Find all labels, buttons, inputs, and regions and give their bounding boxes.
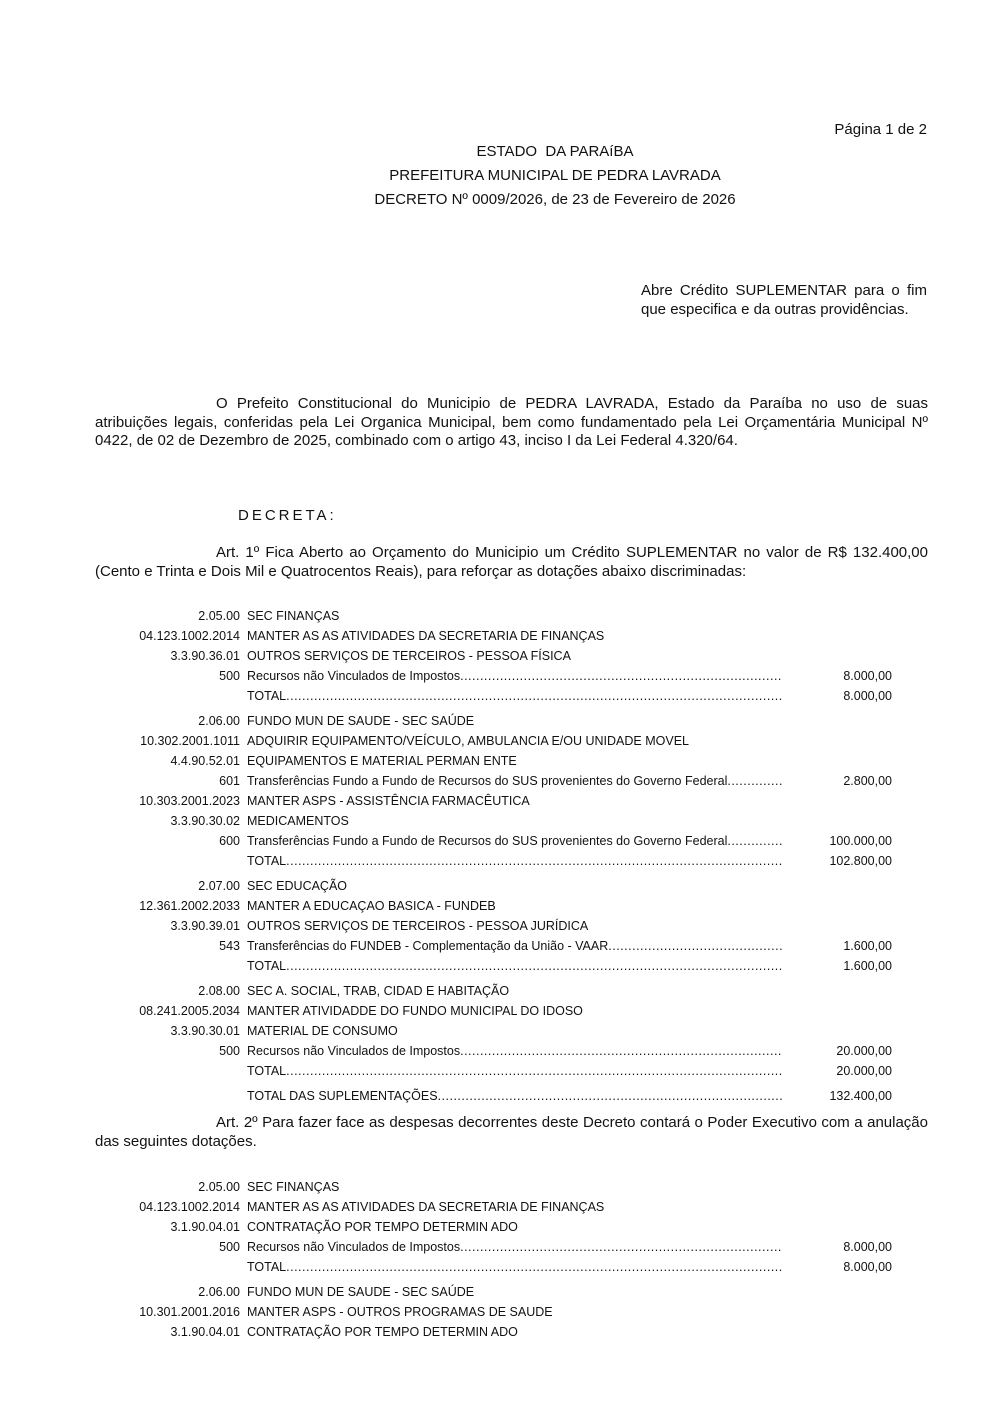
ledger-row: 3.1.90.04.01CONTRATAÇÃO POR TEMPO DETERM… bbox=[0, 1217, 1000, 1237]
decreta-heading: DECRETA: bbox=[238, 507, 337, 524]
dot-leader bbox=[286, 1061, 783, 1081]
dot-leader bbox=[727, 831, 783, 851]
dot-leader bbox=[286, 956, 783, 976]
budget-code: 500 bbox=[219, 1237, 240, 1257]
line-description: SEC EDUCAÇÃO bbox=[247, 876, 347, 896]
amount: 1.600,00 bbox=[843, 956, 892, 976]
ledger-value-row: 500Recursos não Vinculados de Impostos8.… bbox=[0, 1237, 1000, 1257]
budget-code: 2.08.00 bbox=[198, 981, 240, 1001]
ledger-value-row: TOTAL 102.800,00 bbox=[0, 851, 1000, 871]
line-description: Recursos não Vinculados de Impostos bbox=[247, 666, 783, 686]
document-header: ESTADO DA PARAíBA PREFEITURA MUNICIPAL D… bbox=[0, 140, 1000, 212]
ledger-row: 3.1.90.04.01CONTRATAÇÃO POR TEMPO DETERM… bbox=[0, 1322, 1000, 1342]
line-description: TOTAL DAS SUPLEMENTAÇÕES bbox=[247, 1086, 783, 1106]
budget-code: 3.1.90.04.01 bbox=[170, 1217, 240, 1237]
page-indicator: Página 1 de 2 bbox=[834, 121, 927, 138]
line-description: Recursos não Vinculados de Impostos bbox=[247, 1237, 783, 1257]
line-description: Transferências Fundo a Fundo de Recursos… bbox=[247, 771, 783, 791]
budget-code: 500 bbox=[219, 1041, 240, 1061]
amount: 100.000,00 bbox=[829, 831, 892, 851]
decree-summary: Abre Crédito SUPLEMENTAR para o fim que … bbox=[641, 282, 927, 319]
article-1: Art. 1º Fica Aberto ao Orçamento do Muni… bbox=[95, 544, 928, 581]
ledger-row: 10.301.2001.2016MANTER ASPS - OUTROS PRO… bbox=[0, 1302, 1000, 1322]
municipality-name: PREFEITURA MUNICIPAL DE PEDRA LAVRADA bbox=[0, 164, 1000, 188]
ledger-row: 2.06.00FUNDO MUN DE SAUDE - SEC SAÚDE bbox=[0, 1282, 1000, 1302]
budget-code: 2.07.00 bbox=[198, 876, 240, 896]
line-description: TOTAL bbox=[247, 1257, 783, 1277]
line-description: OUTROS SERVIÇOS DE TERCEIROS - PESSOA JU… bbox=[247, 916, 588, 936]
dot-leader bbox=[286, 686, 783, 706]
budget-code: 2.05.00 bbox=[198, 606, 240, 626]
supplement-ledger: 2.05.00SEC FINANÇAS04.123.1002.2014MANTE… bbox=[0, 606, 1000, 1106]
line-description: MANTER AS AS ATIVIDADES DA SECRETARIA DE… bbox=[247, 626, 604, 646]
amount: 8.000,00 bbox=[843, 1257, 892, 1277]
ledger-row: 2.08.00SEC A. SOCIAL, TRAB, CIDAD E HABI… bbox=[0, 981, 1000, 1001]
dot-leader bbox=[286, 1257, 783, 1277]
budget-code: 10.302.2001.1011 bbox=[140, 731, 240, 751]
line-description: EQUIPAMENTOS E MATERIAL PERMAN ENTE bbox=[247, 751, 517, 771]
line-description: TOTAL bbox=[247, 686, 783, 706]
budget-code: 500 bbox=[219, 666, 240, 686]
line-description: MANTER A EDUCAÇAO BASICA - FUNDEB bbox=[247, 896, 496, 916]
amount: 102.800,00 bbox=[829, 851, 892, 871]
ledger-value-row: TOTAL 1.600,00 bbox=[0, 956, 1000, 976]
budget-code: 600 bbox=[219, 831, 240, 851]
ledger-value-row: 600Transferências Fundo a Fundo de Recur… bbox=[0, 831, 1000, 851]
line-description: TOTAL bbox=[247, 956, 783, 976]
amount: 132.400,00 bbox=[829, 1086, 892, 1106]
ledger-row: 10.302.2001.1011ADQUIRIR EQUIPAMENTO/VEÍ… bbox=[0, 731, 1000, 751]
amount: 1.600,00 bbox=[843, 936, 892, 956]
annulment-ledger: 2.05.00SEC FINANÇAS04.123.1002.2014MANTE… bbox=[0, 1177, 1000, 1342]
ledger-row: 12.361.2002.2033MANTER A EDUCAÇAO BASICA… bbox=[0, 896, 1000, 916]
ledger-row: 3.3.90.30.02MEDICAMENTOS bbox=[0, 811, 1000, 831]
line-description: FUNDO MUN DE SAUDE - SEC SAÚDE bbox=[247, 711, 474, 731]
ledger-row: 08.241.2005.2034MANTER ATIVIDADDE DO FUN… bbox=[0, 1001, 1000, 1021]
dot-leader bbox=[727, 771, 783, 791]
line-description: MANTER AS AS ATIVIDADES DA SECRETARIA DE… bbox=[247, 1197, 604, 1217]
budget-code: 3.3.90.30.01 bbox=[170, 1021, 240, 1041]
amount: 8.000,00 bbox=[843, 1237, 892, 1257]
dot-leader bbox=[460, 1041, 783, 1061]
line-description: SEC FINANÇAS bbox=[247, 1177, 339, 1197]
ledger-row: 2.06.00FUNDO MUN DE SAUDE - SEC SAÚDE bbox=[0, 711, 1000, 731]
budget-code: 543 bbox=[219, 936, 240, 956]
budget-code: 2.05.00 bbox=[198, 1177, 240, 1197]
ledger-row: 2.07.00SEC EDUCAÇÃO bbox=[0, 876, 1000, 896]
ledger-value-row: 500Recursos não Vinculados de Impostos20… bbox=[0, 1041, 1000, 1061]
ledger-value-row: TOTAL 8.000,00 bbox=[0, 1257, 1000, 1277]
dot-leader bbox=[286, 851, 783, 871]
ledger-row: 10.303.2001.2023MANTER ASPS - ASSISTÊNCI… bbox=[0, 791, 1000, 811]
line-description: MATERIAL DE CONSUMO bbox=[247, 1021, 398, 1041]
preamble-paragraph: O Prefeito Constitucional do Municipio d… bbox=[95, 395, 928, 451]
line-description: TOTAL bbox=[247, 851, 783, 871]
amount: 8.000,00 bbox=[843, 666, 892, 686]
line-description: MANTER ASPS - OUTROS PROGRAMAS DE SAUDE bbox=[247, 1302, 553, 1322]
budget-code: 3.3.90.36.01 bbox=[170, 646, 240, 666]
dot-leader bbox=[460, 666, 783, 686]
budget-code: 10.303.2001.2023 bbox=[139, 791, 240, 811]
budget-code: 2.06.00 bbox=[198, 1282, 240, 1302]
line-description: TOTAL bbox=[247, 1061, 783, 1081]
amount: 20.000,00 bbox=[836, 1061, 892, 1081]
line-description: SEC FINANÇAS bbox=[247, 606, 339, 626]
budget-code: 2.06.00 bbox=[198, 711, 240, 731]
dot-leader bbox=[608, 936, 783, 956]
budget-code: 12.361.2002.2033 bbox=[139, 896, 240, 916]
line-description: CONTRATAÇÃO POR TEMPO DETERMIN ADO bbox=[247, 1217, 518, 1237]
line-description: CONTRATAÇÃO POR TEMPO DETERMIN ADO bbox=[247, 1322, 518, 1342]
budget-code: 04.123.1002.2014 bbox=[139, 1197, 240, 1217]
ledger-value-row: 543Transferências do FUNDEB - Complement… bbox=[0, 936, 1000, 956]
dot-leader bbox=[438, 1086, 783, 1106]
ledger-row: 3.3.90.39.01OUTROS SERVIÇOS DE TERCEIROS… bbox=[0, 916, 1000, 936]
line-description: ADQUIRIR EQUIPAMENTO/VEÍCULO, AMBULANCIA… bbox=[247, 731, 689, 751]
line-description: Transferências Fundo a Fundo de Recursos… bbox=[247, 831, 783, 851]
line-description: FUNDO MUN DE SAUDE - SEC SAÚDE bbox=[247, 1282, 474, 1302]
decree-title: DECRETO Nº 0009/2026, de 23 de Fevereiro… bbox=[0, 188, 1000, 212]
line-description: MANTER ASPS - ASSISTÊNCIA FARMACÊUTICA bbox=[247, 791, 530, 811]
budget-code: 08.241.2005.2034 bbox=[139, 1001, 240, 1021]
amount: 2.800,00 bbox=[843, 771, 892, 791]
dot-leader bbox=[460, 1237, 783, 1257]
amount: 20.000,00 bbox=[836, 1041, 892, 1061]
budget-code: 3.3.90.30.02 bbox=[170, 811, 240, 831]
line-description: MEDICAMENTOS bbox=[247, 811, 349, 831]
ledger-row: 04.123.1002.2014MANTER AS AS ATIVIDADES … bbox=[0, 1197, 1000, 1217]
ledger-row: 2.05.00SEC FINANÇAS bbox=[0, 1177, 1000, 1197]
line-description: Transferências do FUNDEB - Complementaçã… bbox=[247, 936, 783, 956]
ledger-row: 4.4.90.52.01EQUIPAMENTOS E MATERIAL PERM… bbox=[0, 751, 1000, 771]
budget-code: 601 bbox=[219, 771, 240, 791]
ledger-row: 2.05.00SEC FINANÇAS bbox=[0, 606, 1000, 626]
ledger-value-row: 601Transferências Fundo a Fundo de Recur… bbox=[0, 771, 1000, 791]
ledger-row: 3.3.90.36.01OUTROS SERVIÇOS DE TERCEIROS… bbox=[0, 646, 1000, 666]
ledger-row: 3.3.90.30.01MATERIAL DE CONSUMO bbox=[0, 1021, 1000, 1041]
ledger-value-row: TOTAL 20.000,00 bbox=[0, 1061, 1000, 1081]
ledger-value-row: 500Recursos não Vinculados de Impostos8.… bbox=[0, 666, 1000, 686]
budget-code: 3.1.90.04.01 bbox=[170, 1322, 240, 1342]
budget-code: 3.3.90.39.01 bbox=[170, 916, 240, 936]
line-description: MANTER ATIVIDADDE DO FUNDO MUNICIPAL DO … bbox=[247, 1001, 583, 1021]
article-2: Art. 2º Para fazer face as despesas deco… bbox=[95, 1114, 928, 1151]
budget-code: 10.301.2001.2016 bbox=[139, 1302, 240, 1322]
ledger-value-row: TOTAL DAS SUPLEMENTAÇÕES 132.400,00 bbox=[0, 1086, 1000, 1106]
budget-code: 04.123.1002.2014 bbox=[139, 626, 240, 646]
ledger-row: 04.123.1002.2014MANTER AS AS ATIVIDADES … bbox=[0, 626, 1000, 646]
amount: 8.000,00 bbox=[843, 686, 892, 706]
line-description: OUTROS SERVIÇOS DE TERCEIROS - PESSOA FÍ… bbox=[247, 646, 571, 666]
line-description: Recursos não Vinculados de Impostos bbox=[247, 1041, 783, 1061]
line-description: SEC A. SOCIAL, TRAB, CIDAD E HABITAÇÃO bbox=[247, 981, 509, 1001]
state-name: ESTADO DA PARAíBA bbox=[0, 140, 1000, 164]
budget-code: 4.4.90.52.01 bbox=[170, 751, 240, 771]
ledger-value-row: TOTAL 8.000,00 bbox=[0, 686, 1000, 706]
